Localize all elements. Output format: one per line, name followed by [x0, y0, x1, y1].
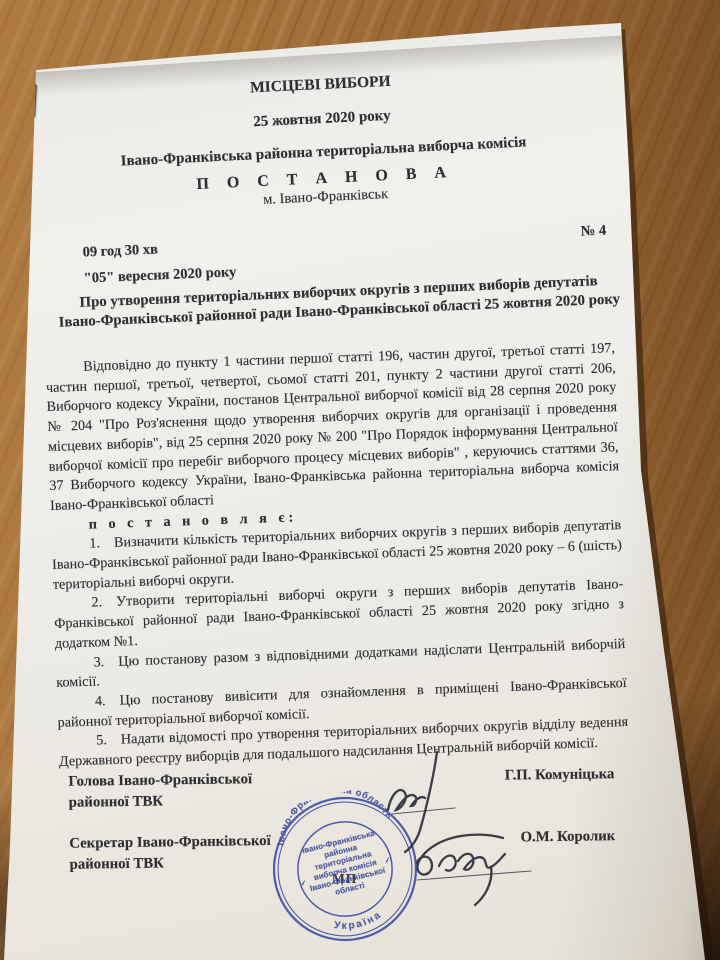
signature-role-head: Голова Івано-Франківської районної ТВК [54, 769, 252, 814]
stamp-left-mark: ✓ [300, 879, 308, 888]
preamble-paragraph: Відповідно до пункту 1 частини першої ст… [45, 339, 620, 516]
handwritten-signatures [355, 740, 585, 920]
meta-time: 09 год 30 хв [82, 241, 158, 261]
item-5-number: 5. [96, 733, 107, 749]
signature-role-secretary: Секретар Івано-Франківської районної ТВК [55, 831, 271, 876]
item-1-number: 1. [89, 536, 100, 552]
photo-scene: МІСЦЕВІ ВИБОРИ 25 жовтня 2020 року Івано… [0, 0, 720, 960]
role-secretary-line2: районної ТВК [69, 852, 271, 876]
role-head-line1: Голова Івано-Франківської [68, 769, 252, 793]
item-2-number: 2. [91, 595, 102, 611]
document-body: Відповідно до пункту 1 частини першої ст… [45, 339, 629, 772]
item-4-number: 4. [95, 693, 106, 709]
item-3-number: 3. [93, 654, 104, 670]
document-page: МІСЦЕВІ ВИБОРИ 25 жовтня 2020 року Івано… [0, 0, 720, 960]
signature-ink-head [388, 752, 455, 852]
signature-ink-secretary [417, 835, 531, 905]
meta-number: № 4 [580, 223, 606, 241]
document-header: МІСЦЕВІ ВИБОРИ 25 жовтня 2020 року Івано… [37, 63, 608, 220]
role-head-line2: районної ТВК [69, 790, 253, 814]
role-secretary-line1: Секретар Івано-Франківської [69, 831, 271, 855]
